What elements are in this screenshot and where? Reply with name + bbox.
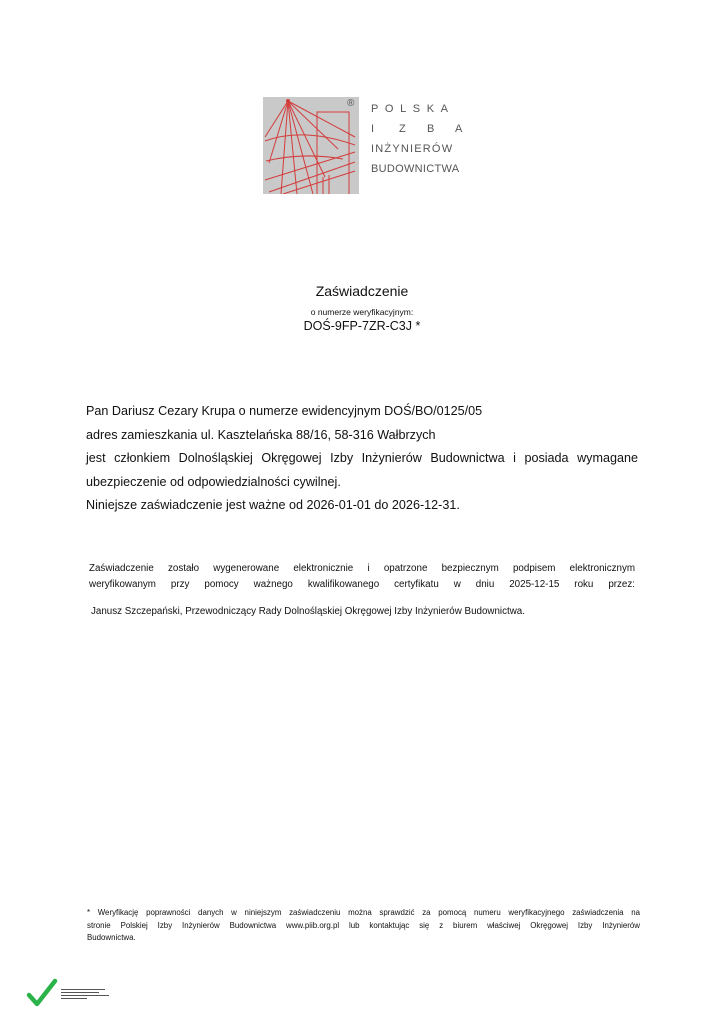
validity-line: Niniejsze zaświadczenie jest ważne od 20… bbox=[86, 494, 638, 518]
logo-line-budownictwa: BUDOWNICTWA bbox=[371, 159, 466, 179]
logo-line-polska: POLSKA bbox=[371, 99, 466, 119]
document-subtitle: o numerze weryfikacyjnym: bbox=[0, 307, 724, 317]
member-name-line: Pan Dariusz Cezary Krupa o numerze ewide… bbox=[86, 400, 638, 424]
logo-line-inzynierow: INŻYNIERÓW bbox=[371, 139, 466, 159]
logo-text: POLSKA IZBA INŻYNIERÓW BUDOWNICTWA bbox=[371, 99, 466, 179]
footnote-line-2: stronie Polskiej Izby Inżynierów Budowni… bbox=[87, 920, 640, 933]
address-line: adres zamieszkania ul. Kasztelańska 88/1… bbox=[86, 424, 638, 448]
signature-statement: Zaświadczenie zostało wygenerowane elekt… bbox=[89, 561, 635, 593]
registered-mark: ® bbox=[347, 98, 354, 109]
verification-code: DOŚ-9FP-7ZR-C3J * bbox=[0, 319, 724, 333]
signature-line-2: weryfikowanym przy pomocy ważnego kwalif… bbox=[89, 577, 635, 593]
logo-line-izba: IZBA bbox=[371, 119, 466, 139]
signature-stamp-text bbox=[61, 989, 109, 1002]
signature-line-1: Zaświadczenie zostało wygenerowane elekt… bbox=[89, 561, 635, 577]
footnote: * Weryfikację poprawności danych w ninie… bbox=[87, 907, 640, 945]
document-title: Zaświadczenie bbox=[0, 283, 724, 299]
certificate-body: Pan Dariusz Cezary Krupa o numerze ewide… bbox=[86, 400, 638, 518]
signer-name: Janusz Szczepański, Przewodniczący Rady … bbox=[91, 606, 525, 617]
membership-line: jest członkiem Dolnośląskiej Okręgowej I… bbox=[86, 447, 638, 471]
piib-logo: ® POLSKA IZBA INŻYNIERÓW BUDOWNICTWA bbox=[263, 97, 463, 195]
piib-logo-mark-icon bbox=[263, 97, 359, 194]
footnote-line-1: * Weryfikację poprawności danych w ninie… bbox=[87, 907, 640, 920]
insurance-line: ubezpieczenie od odpowiedzialności cywil… bbox=[86, 471, 638, 495]
checkmark-icon bbox=[26, 978, 58, 1008]
footnote-line-3: Budownictwa. bbox=[87, 932, 640, 945]
